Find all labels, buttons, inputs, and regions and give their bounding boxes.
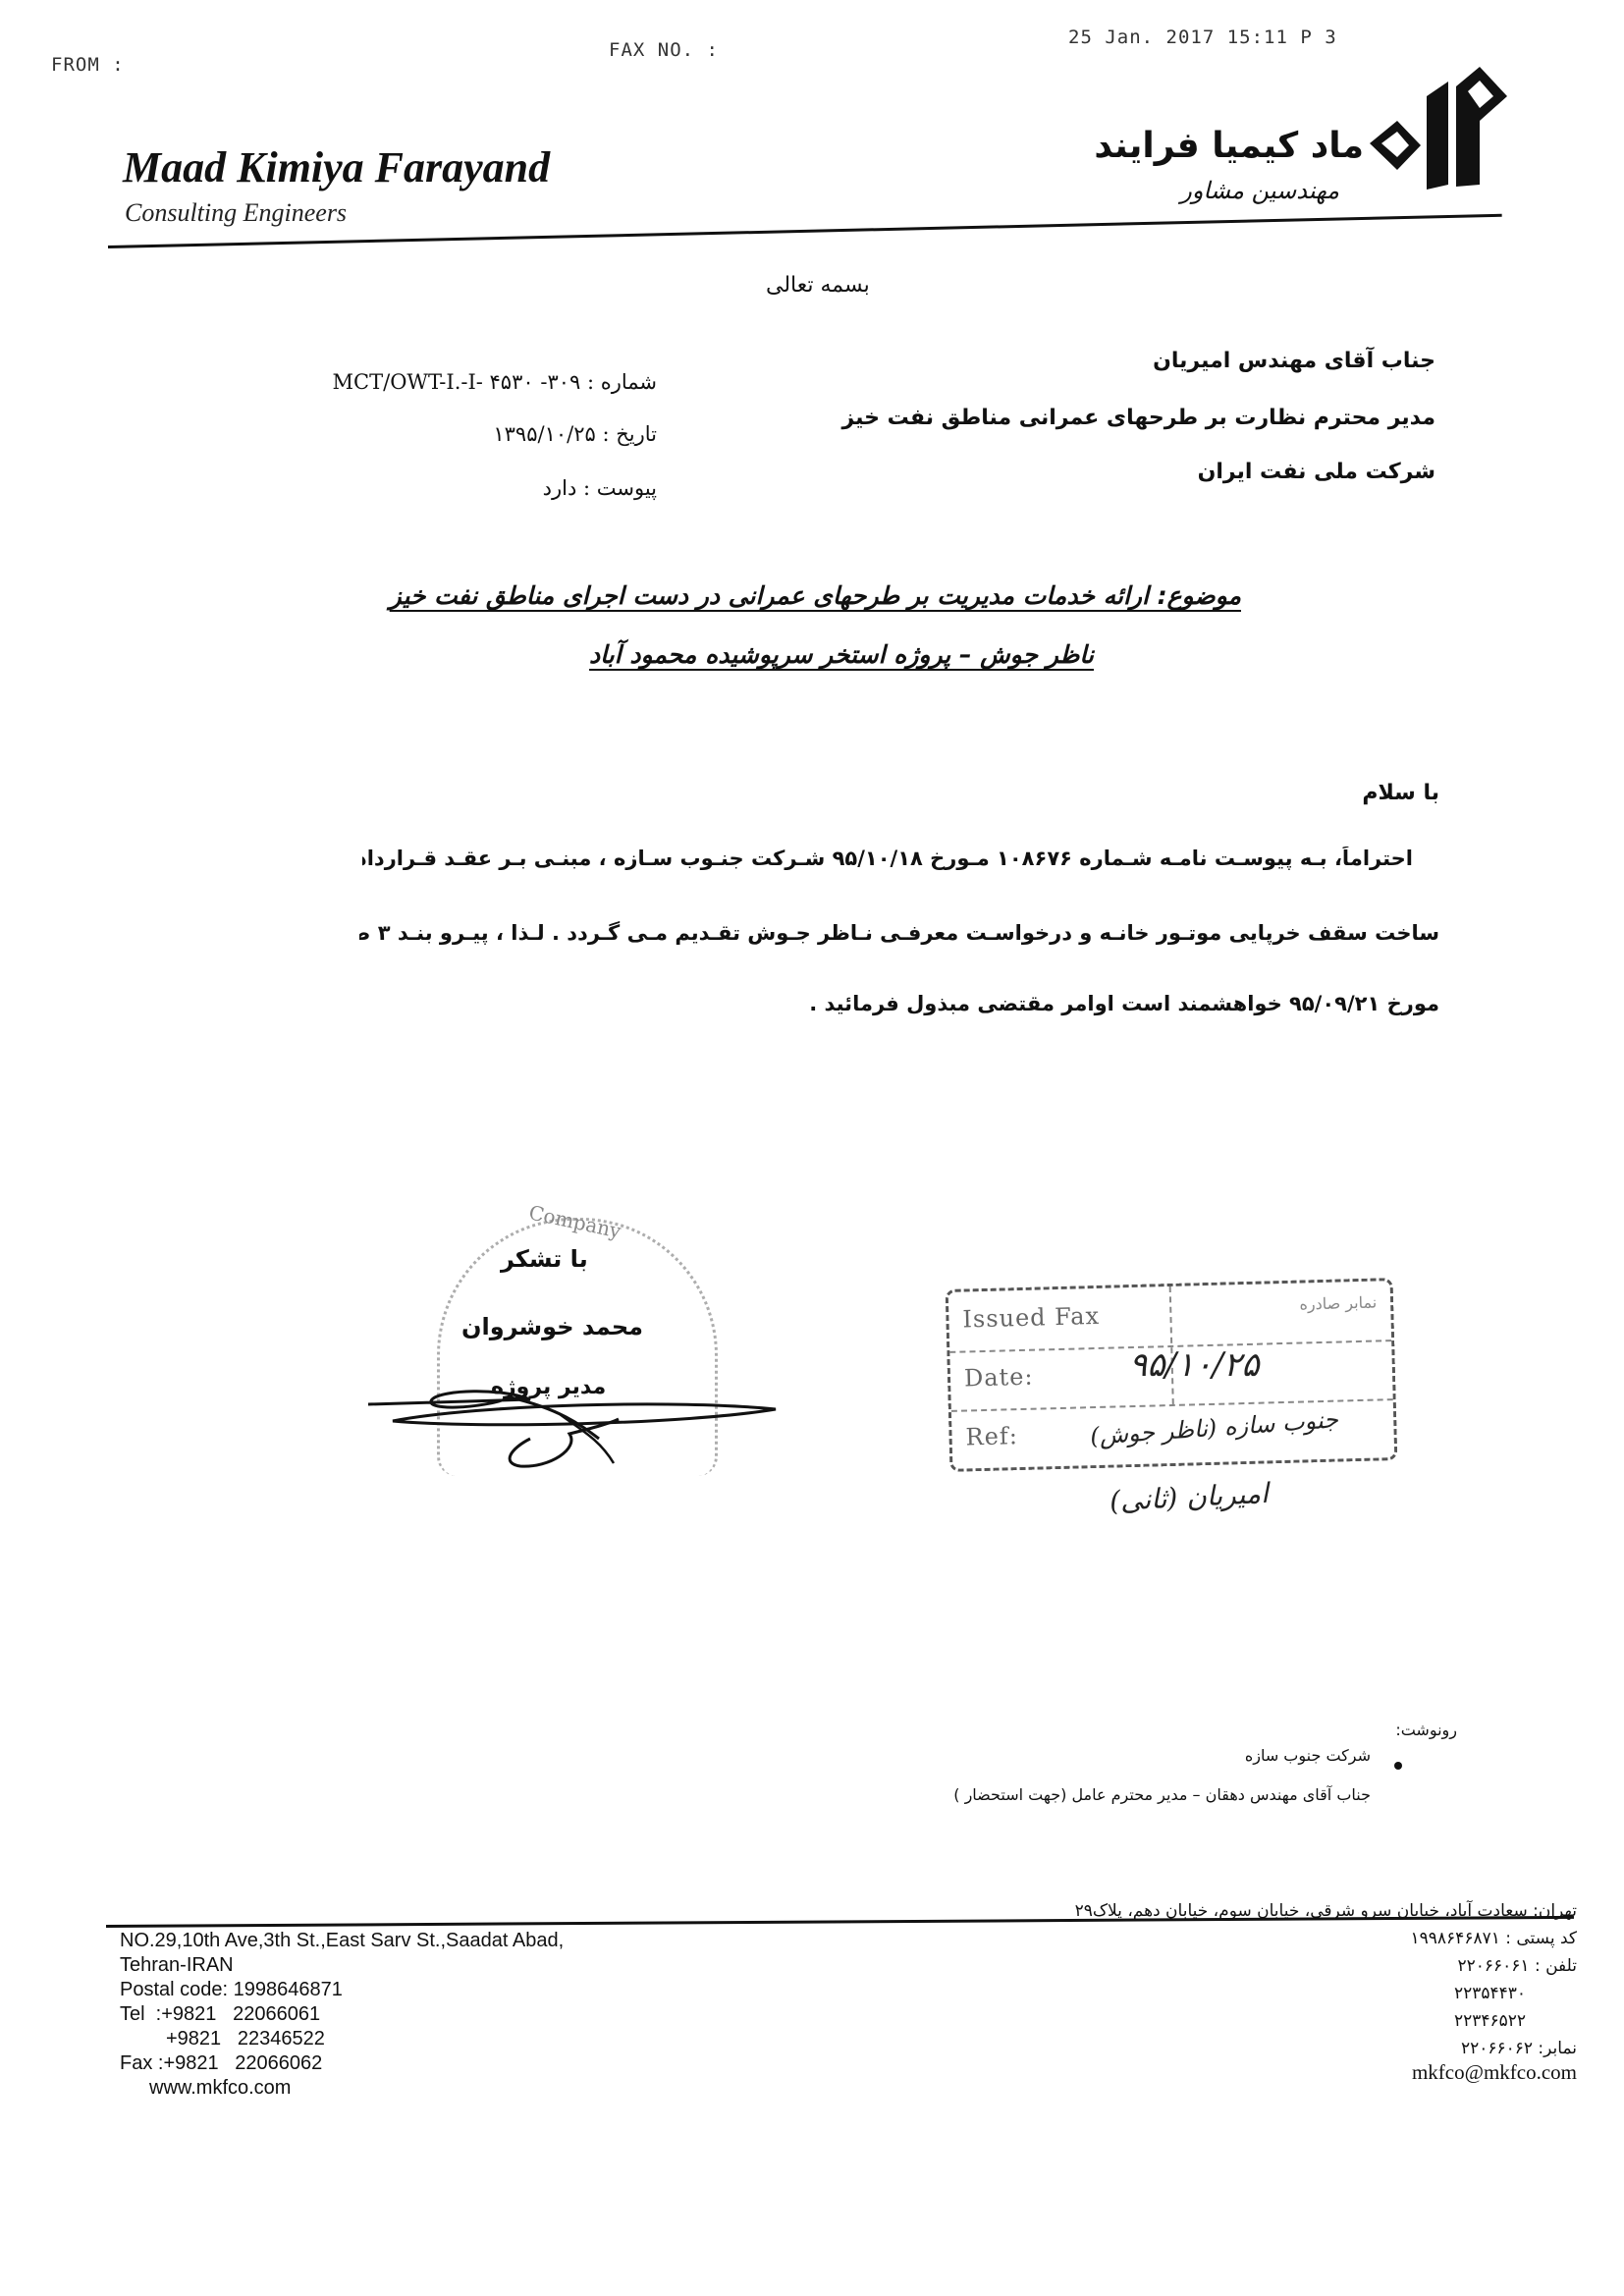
- letter-number-value: ۳۰۹- MCT/OWT-I.-I- ۴۵۳۰: [333, 370, 581, 394]
- subject-line-2: ناظر جوش – پروژه استخر سرپوشیده محمود آب…: [589, 640, 1094, 669]
- letter-date-value: ۱۳۹۵/۱۰/۲۵: [493, 422, 595, 446]
- signature-thanks: با تشکر: [501, 1245, 588, 1273]
- footer-email[interactable]: mkfco@mkfco.com: [1412, 2060, 1577, 2085]
- stamp-date-label: Date:: [964, 1363, 1034, 1393]
- footer-contact-en: NO.29,10th Ave,3th St.,East Sarv St.,Saa…: [120, 1929, 564, 2101]
- body-line-1: احتراماً، بـه پیوسـت نامـه شـماره ۱۰۸۶۷۶…: [362, 847, 1413, 870]
- recipient-name: جناب آقای مهندس امیریان: [1153, 349, 1435, 373]
- company-name-fa: ماد کیمیا فرایند: [1094, 126, 1364, 166]
- stamp-handwritten-date: ۹۵/۱۰/۲۵: [1129, 1345, 1259, 1385]
- cc-label: رونوشت:: [1395, 1721, 1457, 1739]
- footer-tel-fa: تلفن : ۲۲۰۶۶۰۶۱: [1458, 1953, 1577, 1980]
- recipient-title: مدیر محترم نظارت بر طرحهای عمرانی مناطق …: [841, 406, 1435, 430]
- letter-attachment: پیوست : دارد: [543, 476, 657, 500]
- body-line-2: ساخت سقف خرپایی موتـور خانـه و درخواسـت …: [359, 921, 1439, 945]
- footer-tel-1: Tel :+9821 22066061: [120, 2002, 564, 2027]
- fax-number-label: FAX NO. :: [609, 39, 719, 61]
- footer-fax: Fax :+9821 22066062: [120, 2051, 564, 2076]
- letter-attachment-label: پیوست :: [583, 476, 657, 500]
- cc-recipient-company: شرکت جنوب سازه: [1245, 1746, 1371, 1765]
- footer-postal-code: Postal code: 1998646871: [120, 1978, 564, 2002]
- footer-address-line2: Tehran-IRAN: [120, 1953, 564, 1978]
- handwritten-note: امیریان (ثانی): [1109, 1477, 1269, 1517]
- cc-bullet-icon: [1394, 1755, 1402, 1774]
- footer-postal-fa: کد پستی : ۱۹۹۸۶۴۶۸۷۱: [1411, 1926, 1577, 1952]
- company-subtitle-fa: مهندسین مشاور: [1180, 177, 1339, 204]
- letter-number-label: شماره :: [587, 370, 657, 394]
- cc-recipient-person: جناب آقای مهندس دهقان – مدیر محترم عامل …: [953, 1785, 1371, 1804]
- footer-fax-fa: نمابر: ۲۲۰۶۶۰۶۲: [1461, 2036, 1577, 2062]
- stamp-issued-label: Issued Fax: [962, 1302, 1100, 1334]
- recipient-organization: شرکت ملی نفت ایران: [1198, 460, 1435, 484]
- letter-number: شماره : ۳۰۹- MCT/OWT-I.-I- ۴۵۳۰: [333, 370, 657, 394]
- footer-tel3-fa: ۲۲۳۴۶۵۲۲: [1454, 2008, 1526, 2035]
- letter-date-label: تاریخ :: [602, 422, 657, 446]
- company-name-en: Maad Kimiya Farayand: [123, 142, 550, 192]
- footer-address-line1: NO.29,10th Ave,3th St.,East Sarv St.,Saa…: [120, 1929, 564, 1953]
- signatory-name: محمد خوشروان: [461, 1313, 643, 1340]
- footer-address-fa: تهران: سعادت آباد، خیابان سرو شرقی، خیاب…: [1075, 1898, 1577, 1925]
- stamp-issued-fa-label: نمابر صادره: [1299, 1293, 1377, 1314]
- letter-attachment-value: دارد: [543, 476, 577, 500]
- subject-line-1: موضوع: ارائه خدمات مدیریت بر طرحهای عمرا…: [390, 581, 1241, 610]
- fax-timestamp: 25 Jan. 2017 15:11 P 3: [1068, 27, 1337, 48]
- fax-from-label: FROM :: [51, 54, 125, 76]
- footer-tel-2: +9821 22346522: [120, 2027, 564, 2051]
- body-line-3: مورخ ۹۵/۰۹/۲۱ خواهشمند است اوامر مقتضی م…: [809, 992, 1439, 1015]
- mkf-logo-icon: [1370, 67, 1507, 190]
- greeting: با سلام: [1362, 781, 1439, 805]
- signature-scribble-icon: [363, 1370, 785, 1478]
- footer-tel2-fa: ۲۲۳۵۴۴۳۰: [1454, 1981, 1526, 2007]
- invocation: بسمه تعالی: [766, 273, 870, 298]
- stamp-ref-label: Ref:: [965, 1422, 1018, 1450]
- letter-date: تاریخ : ۱۳۹۵/۱۰/۲۵: [493, 422, 657, 446]
- company-subtitle-en: Consulting Engineers: [125, 198, 347, 228]
- footer-website[interactable]: www.mkfco.com: [120, 2076, 564, 2101]
